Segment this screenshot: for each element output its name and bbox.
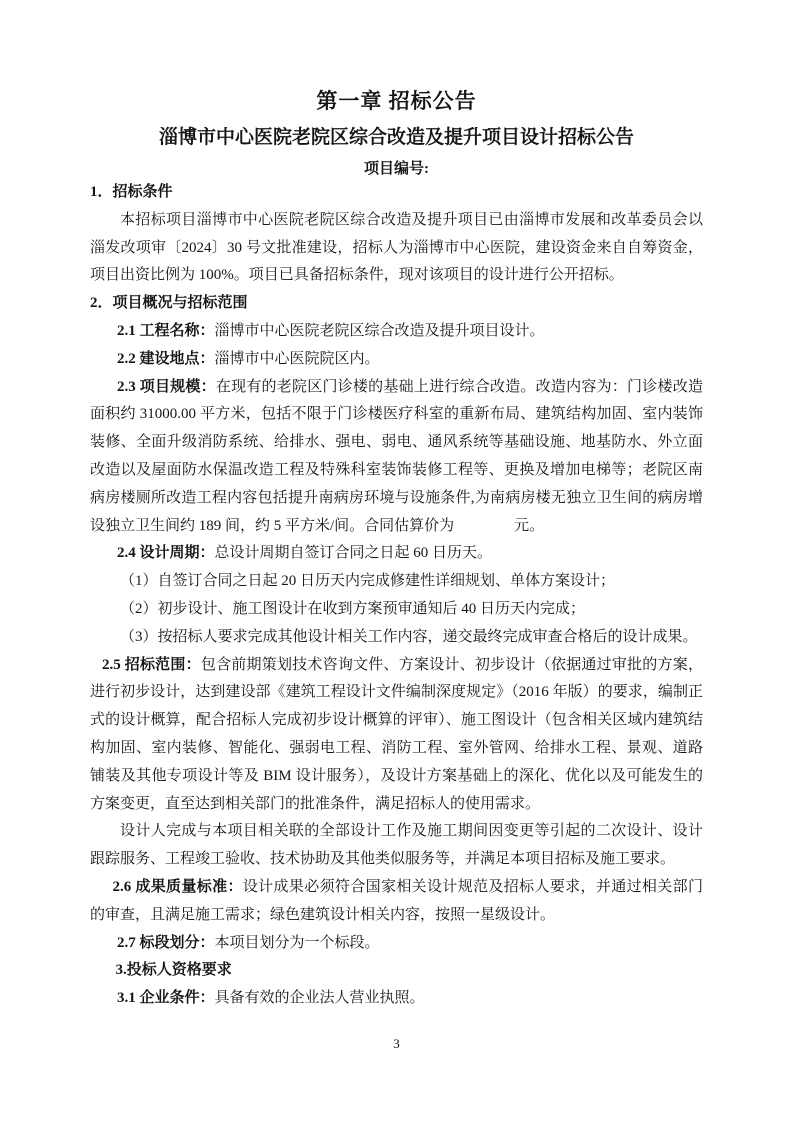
label-tender-scope: 2.5 招标范围： bbox=[102, 657, 201, 673]
label-enterprise-condition: 3.1 企业条件： bbox=[117, 990, 215, 1006]
label-project-name: 2.1 工程名称： bbox=[117, 323, 215, 339]
page-number: 3 bbox=[0, 1036, 793, 1052]
section-heading-bidder-qualification: 3.投标人资格要求 bbox=[90, 957, 703, 985]
label-lot-division: 2.7 标段划分： bbox=[117, 935, 215, 951]
text-construction-site: 淄博市中心医院院区内。 bbox=[215, 351, 380, 367]
text-enterprise-condition: 具备有效的企业法人营业执照。 bbox=[215, 990, 425, 1006]
document-body: 1．招标条件 本招标项目淄博市中心医院老院区综合改造及提升项目已由淄博市发展和改… bbox=[90, 179, 703, 1013]
paragraph-project-name: 2.1 工程名称：淄博市中心医院老院区综合改造及提升项目设计。 bbox=[90, 318, 703, 346]
label-construction-site: 2.2 建设地点： bbox=[117, 351, 215, 367]
label-quality-standard: 2.6 成果质量标准： bbox=[113, 879, 243, 895]
label-design-period: 2.4 设计周期： bbox=[117, 545, 215, 561]
section-heading-tender-conditions: 1．招标条件 bbox=[90, 179, 703, 207]
paragraph-project-scale: 2.3 项目规模：在现有的老院区门诊楼的基础上进行综合改造。改造内容为：门诊楼改… bbox=[90, 374, 703, 541]
label-project-scale: 2.3 项目规模： bbox=[117, 379, 216, 395]
document-content: 第一章 招标公告 淄博市中心医院老院区综合改造及提升项目设计招标公告 项目编号:… bbox=[90, 0, 703, 1013]
list-item-design-period-3: （3）按招标人要求完成其他设计相关工作内容，递交最终完成审查合格后的设计成果。 bbox=[90, 624, 703, 652]
paragraph-tender-conditions: 本招标项目淄博市中心医院老院区综合改造及提升项目已由淄博市发展和改革委员会以淄发… bbox=[90, 207, 703, 290]
list-item-design-period-1: （1）自签订合同之日起 20 日历天内完成修建性详细规划、单体方案设计； bbox=[90, 568, 703, 596]
text-lot-division: 本项目划分为一个标段。 bbox=[215, 935, 380, 951]
paragraph-design-period: 2.4 设计周期：总设计周期自签订合同之日起 60 日历天。 bbox=[90, 540, 703, 568]
text-project-name: 淄博市中心医院老院区综合改造及提升项目设计。 bbox=[215, 323, 545, 339]
text-tender-scope: 包含前期策划技术咨询文件、方案设计、初步设计（依据通过审批的方案，进行初步设计，… bbox=[90, 657, 703, 812]
paragraph-lot-division: 2.7 标段划分：本项目划分为一个标段。 bbox=[90, 930, 703, 958]
list-item-design-period-2: （2）初步设计、施工图设计在收到方案预审通知后 40 日历天内完成； bbox=[90, 596, 703, 624]
paragraph-tender-scope: 2.5 招标范围：包含前期策划技术咨询文件、方案设计、初步设计（依据通过审批的方… bbox=[90, 652, 703, 819]
paragraph-quality-standard: 2.6 成果质量标准：设计成果必须符合国家相关设计规范及招标人要求，并通过相关部… bbox=[90, 874, 703, 930]
chapter-title: 第一章 招标公告 bbox=[90, 88, 703, 115]
text-project-scale: 在现有的老院区门诊楼的基础上进行综合改造。改造内容为：门诊楼改造面积约 3100… bbox=[90, 379, 703, 534]
paragraph-construction-site: 2.2 建设地点：淄博市中心医院院区内。 bbox=[90, 346, 703, 374]
section-heading-overview-scope: 2．项目概况与招标范围 bbox=[90, 290, 703, 318]
document-page: 第一章 招标公告 淄博市中心医院老院区综合改造及提升项目设计招标公告 项目编号:… bbox=[0, 0, 793, 1122]
project-number-label: 项目编号: bbox=[90, 159, 703, 179]
text-design-period: 总设计周期自签订合同之日起 60 日历天。 bbox=[215, 545, 493, 561]
paragraph-enterprise-condition: 3.1 企业条件：具备有效的企业法人营业执照。 bbox=[90, 985, 703, 1013]
paragraph-designer-duty: 设计人完成与本项目相关联的全部设计工作及施工期间因变更等引起的二次设计、设计跟踪… bbox=[90, 818, 703, 874]
document-title: 淄博市中心医院老院区综合改造及提升项目设计招标公告 bbox=[90, 125, 703, 150]
